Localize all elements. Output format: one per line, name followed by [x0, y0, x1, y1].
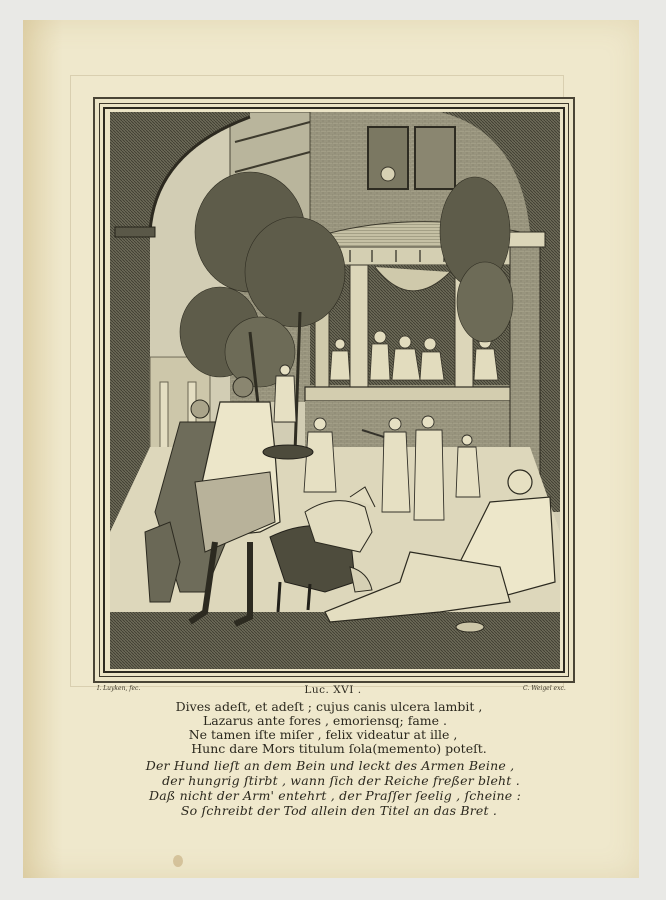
german-verse-line: So ſchreibt der Tod allein den Titel an … — [6, 803, 666, 818]
rich-man-head — [233, 377, 253, 397]
german-verse-line: Der Hund lieſt an dem Bein und leckt des… — [0, 758, 663, 773]
latin-verse-line: Lazarus ante fores , emoriensq; fame . — [0, 713, 658, 728]
engraving-scene — [110, 112, 560, 669]
latin-verse-line: Hunc dare Mors titulum ſola(memento) pot… — [6, 741, 666, 756]
bowl — [456, 622, 484, 632]
figure-in-window — [381, 167, 395, 181]
german-verse-line: der hungrig ſtirbt , wann ſich der Reich… — [8, 773, 666, 788]
window — [415, 127, 455, 189]
latin-verse-line: Dives adeſt, et adeſt ; cujus canis ulce… — [0, 699, 662, 714]
german-verse-line: Daß nicht der Arm' entehrt , der Praſſer… — [2, 788, 666, 803]
paper-stain — [173, 855, 183, 867]
column — [350, 265, 368, 390]
latin-verse-line: Ne tamen iſte miſer , felix videatur at … — [0, 727, 656, 742]
bible-reference: Luc. XVI . — [0, 684, 666, 696]
dish — [263, 445, 313, 459]
